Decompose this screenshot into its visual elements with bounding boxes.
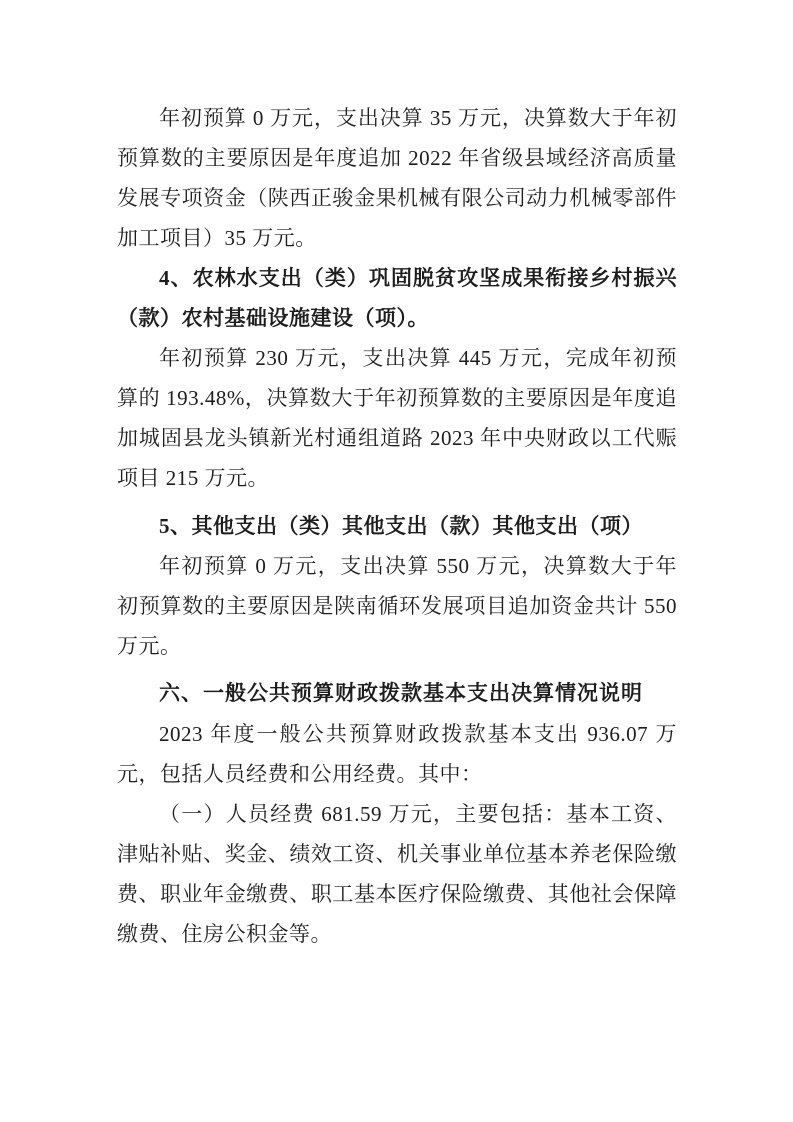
paragraph-agriculture-fund-note: 年初预算 230 万元，支出决算 445 万元，完成年初预算的 193.48%，… (117, 338, 677, 498)
paragraph-other-fund-note: 年初预算 0 万元，支出决算 550 万元，决算数大于年初预算数的主要原因是陕南… (117, 546, 677, 666)
paragraph-basic-expenditure-total: 2023 年度一般公共预算财政拨款基本支出 936.07 万元，包括人员经费和公… (117, 714, 677, 794)
heading-item-4-agriculture-expenditure: 4、农林水支出（类）巩固脱贫攻坚成果衔接乡村振兴（款）农村基础设施建设（项）。 (117, 258, 677, 338)
paragraph-personnel-expense-detail: （一）人员经费 681.59 万元，主要包括：基本工资、津贴补贴、奖金、绩效工资… (117, 794, 677, 954)
heading-section-6-basic-expenditure: 六、一般公共预算财政拨款基本支出决算情况说明 (117, 674, 677, 714)
paragraph-industry-fund-note: 年初预算 0 万元，支出决算 35 万元，决算数大于年初预算数的主要原因是年度追… (117, 98, 677, 258)
document-content: 年初预算 0 万元，支出决算 35 万元，决算数大于年初预算数的主要原因是年度追… (117, 98, 677, 954)
document-page: 年初预算 0 万元，支出决算 35 万元，决算数大于年初预算数的主要原因是年度追… (0, 0, 793, 1122)
heading-item-5-other-expenditure: 5、其他支出（类）其他支出（款）其他支出（项） (117, 506, 677, 546)
